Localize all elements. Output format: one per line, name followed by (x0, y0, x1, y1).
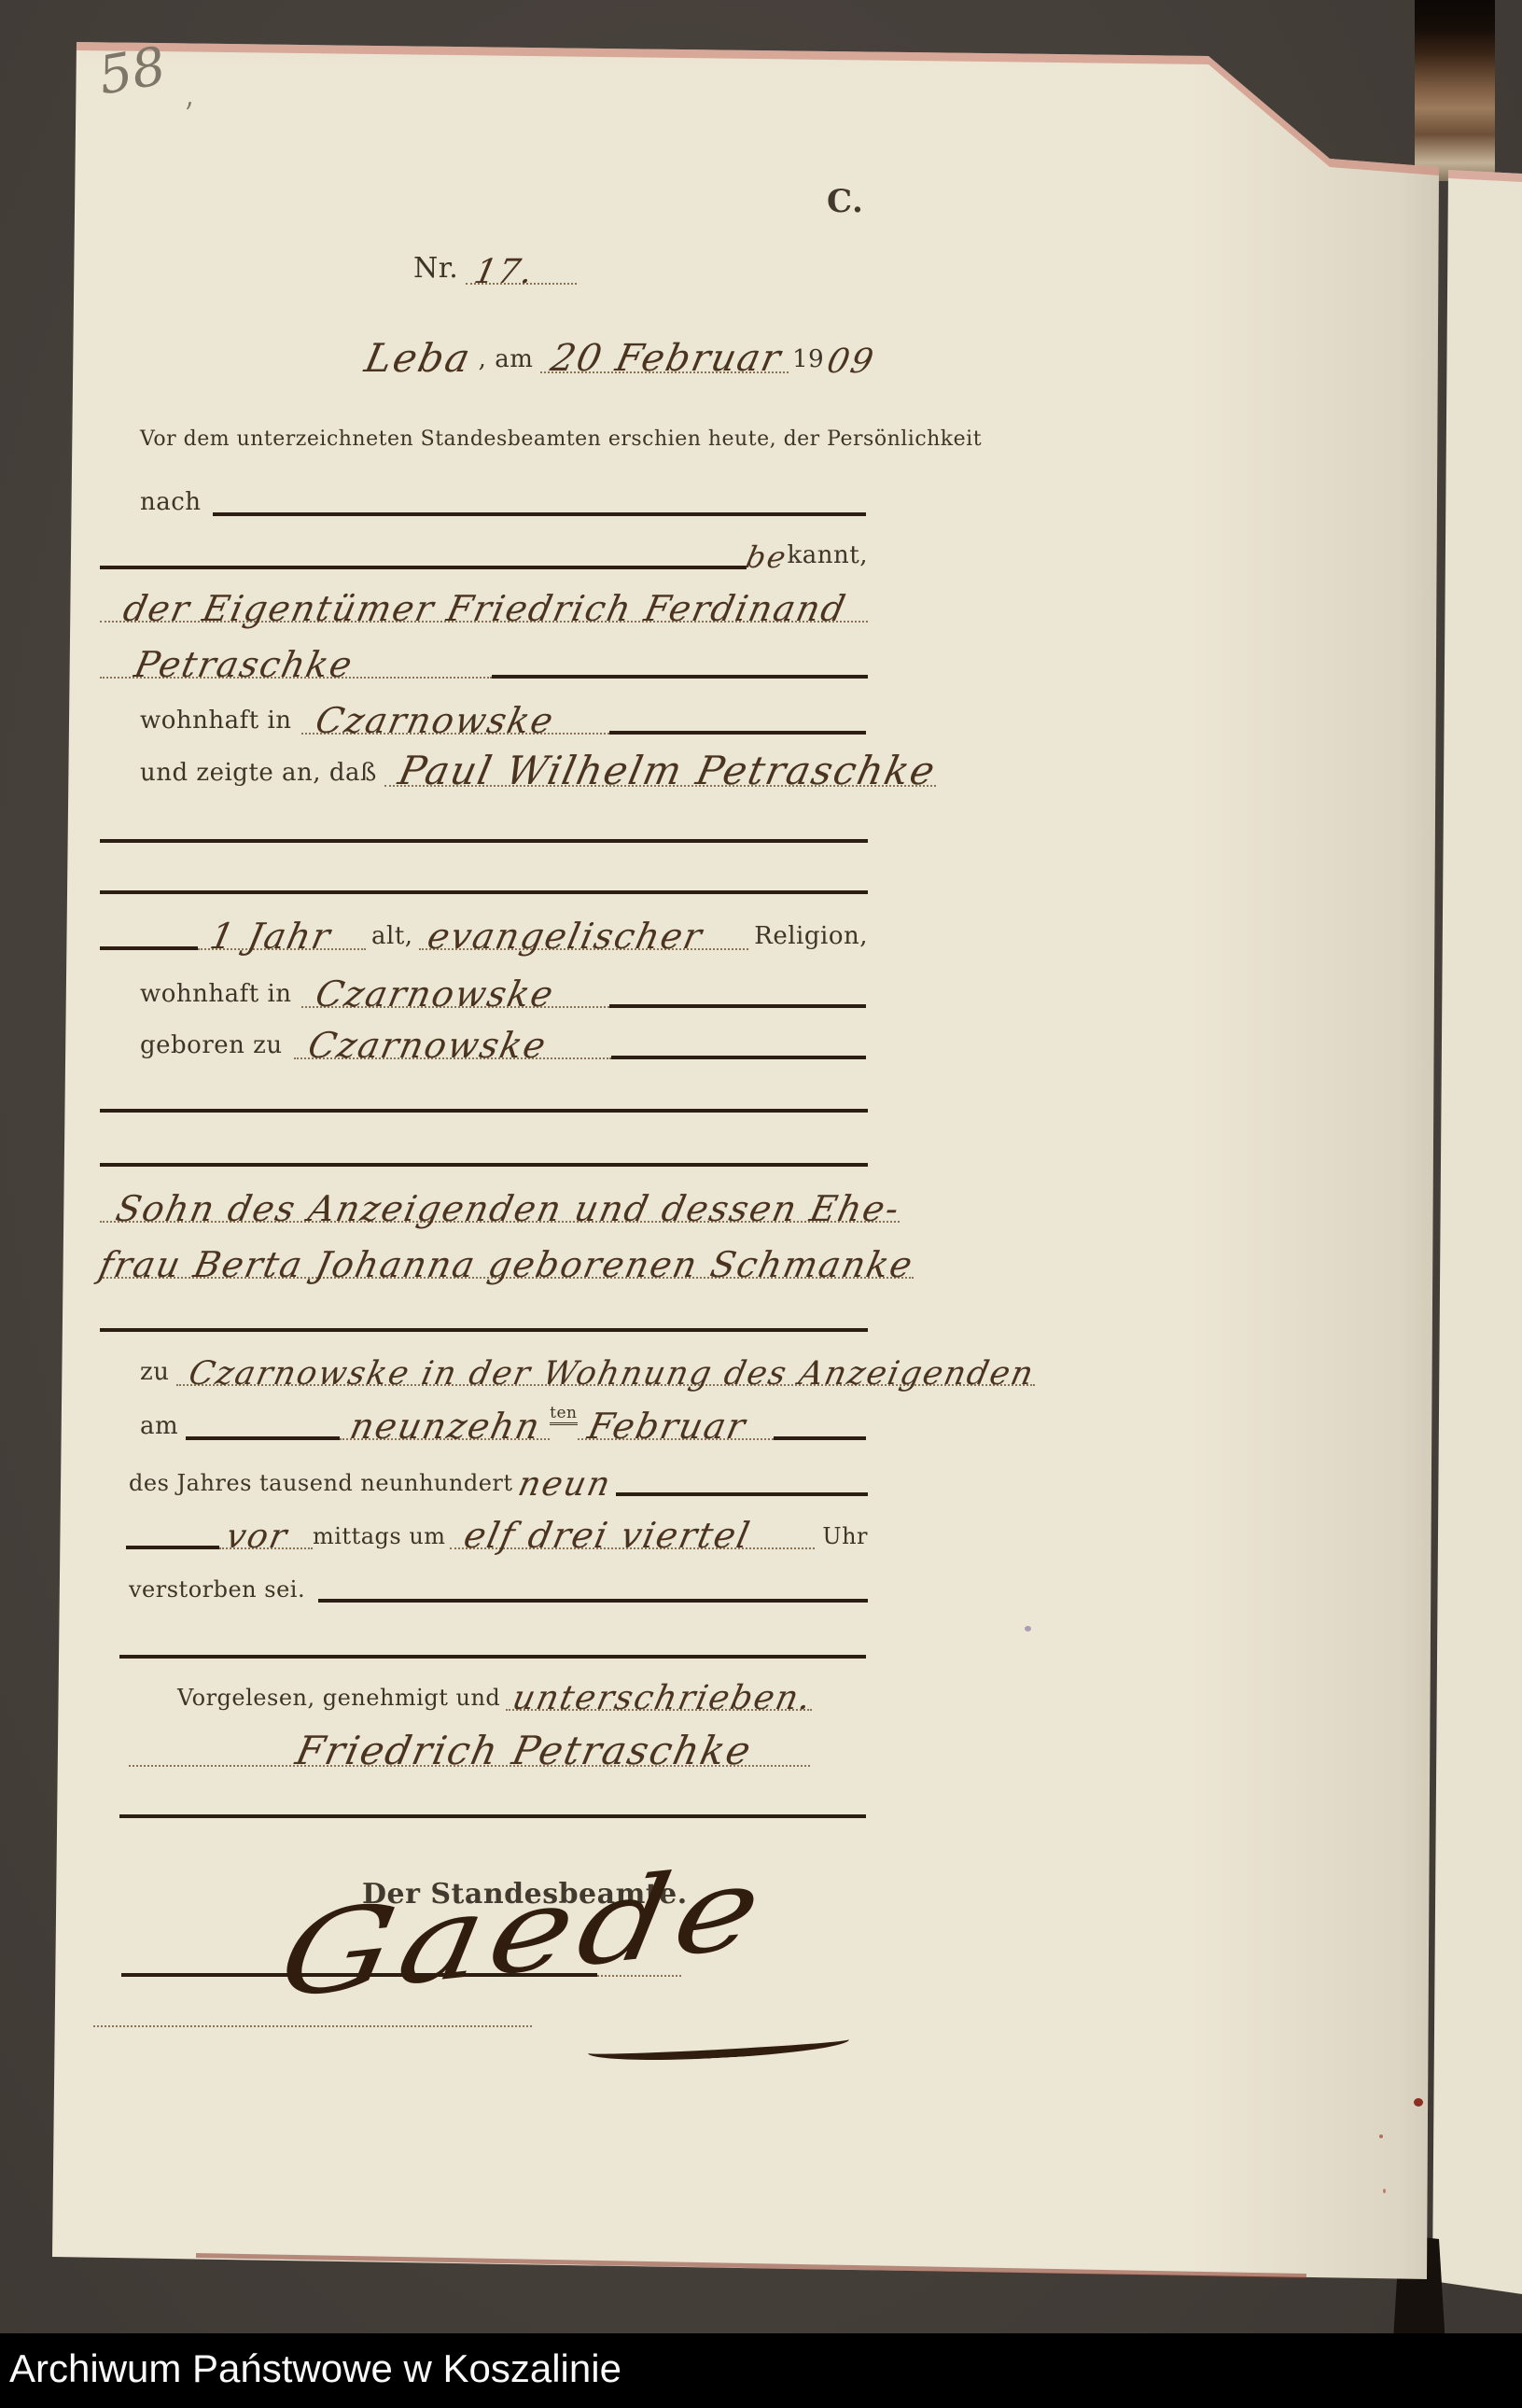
jahr-label: des Jahres tausend neunhundert (129, 1470, 513, 1496)
parents-line1: Sohn des Anzeigenden und dessen Ehe- (100, 1177, 868, 1223)
parents-line2: frau Berta Johanna geborenen Schmanke (100, 1233, 868, 1279)
archive-caption: Archiwum Państwowe w Koszalinie (9, 2346, 621, 2391)
vor-handwritten: vor (216, 1518, 292, 1556)
death-year-value: neun (514, 1465, 615, 1504)
residence1-value: Czarnowske (297, 700, 558, 741)
red-speck (1383, 2189, 1386, 2193)
parents-text2: frau Berta Johanna geborenen Schmanke (95, 1244, 917, 1285)
year-printed: 19 (792, 345, 824, 373)
blank-rule (774, 1436, 867, 1440)
blank-line (100, 1067, 868, 1113)
death-month-value: Februar (573, 1406, 750, 1447)
death-year-line: des Jahres tausend neunhundert neun (129, 1450, 868, 1496)
red-stain (1414, 2098, 1423, 2107)
blank-rule (609, 1004, 866, 1008)
blank-rule (126, 1546, 219, 1549)
blank-line (100, 797, 868, 843)
record-number-line: Nr. 17. (413, 239, 577, 285)
blank-rule (616, 1492, 868, 1496)
pencil-tick: , (179, 79, 196, 113)
birthplace-line: geboren zu Czarnowske (140, 1014, 866, 1059)
blank-rule (100, 839, 868, 843)
zeigte-label: und zeigte an, daß (140, 759, 377, 787)
place-value: Leba (361, 335, 476, 381)
blank-rule (100, 1163, 868, 1167)
blank-rule (100, 566, 747, 569)
wohnhaft1-label: wohnhaft in (140, 707, 292, 735)
death-day-line: am neunzehn ten Februar (140, 1394, 866, 1440)
blank-rule (492, 675, 868, 679)
residence-line1: wohnhaft in Czarnowske (140, 689, 866, 735)
year-handwritten: 09 (824, 343, 879, 381)
signature-flourish (588, 2028, 850, 2065)
bekannt-handwritten: be (743, 539, 790, 575)
place-date-line: Leba , am 20 Februar 19 09 (366, 328, 874, 373)
verstorben-label: verstorben sei. (129, 1576, 305, 1603)
declarant-signature-line: Friedrich Petraschke (129, 1721, 810, 1767)
residence2-value: Czarnowske (297, 973, 558, 1015)
am2-label: am (140, 1412, 178, 1440)
closing-printed: Vorgelesen, genehmigt und (177, 1685, 500, 1711)
closing-line: Vorgelesen, genehmigt und unterschrieben… (177, 1665, 737, 1711)
declarant-line2: Petraschke (100, 633, 868, 679)
declarant-line1: der Eigentümer Friedrich Ferdinand (100, 577, 868, 623)
deceased-name-line: und zeigte an, daß Paul Wilhelm Petrasch… (140, 741, 866, 787)
nach-line: nach (140, 470, 866, 516)
book-clasp-strap (1415, 0, 1495, 181)
alt-label: alt, (371, 922, 413, 950)
religion-label: Religion, (754, 922, 868, 950)
death-place-value: Czarnowske in der Wohnung des Anzeigende… (173, 1355, 1039, 1393)
deceased-name-value: Paul Wilhelm Petraschke (380, 748, 941, 793)
declarant-signature: Friedrich Petraschke (124, 1728, 757, 1773)
uhr-label: Uhr (822, 1523, 868, 1549)
blank-rule (119, 1655, 866, 1659)
blank-line (100, 1286, 868, 1332)
age-value: 1 Jahr (193, 916, 335, 957)
death-time-value: elf drei viertel (445, 1515, 755, 1556)
geboren-label: geboren zu (140, 1031, 283, 1059)
zu-label: zu (140, 1358, 169, 1386)
verstorben-line: verstorben sei. (129, 1557, 868, 1603)
closing-handwritten: unterschrieben. (502, 1679, 817, 1717)
blank-rule (100, 946, 198, 950)
death-place-line: zu Czarnowske in der Wohnung des Anzeige… (140, 1340, 866, 1386)
blank-line (119, 1613, 866, 1659)
parents-text1: Sohn des Anzeigenden und dessen Ehe- (95, 1188, 904, 1229)
birthplace-value: Czarnowske (289, 1025, 551, 1066)
ten-suffix: ten (550, 1404, 577, 1425)
blank-rule (100, 1328, 868, 1332)
death-day-value: neunzehn (335, 1406, 545, 1447)
blank-rule (119, 1814, 866, 1818)
nach-label: nach (140, 488, 202, 516)
pencil-page-number: 58 (94, 35, 170, 106)
blank-line (119, 1772, 866, 1818)
red-speck (1379, 2135, 1383, 2138)
blank-rule (186, 1436, 340, 1440)
blank-line (100, 1121, 868, 1167)
declarant-text2: Petraschke (95, 644, 357, 685)
residence-line2: wohnhaft in Czarnowske (140, 962, 866, 1008)
am-label: , am (479, 345, 534, 373)
wohnhaft2-label: wohnhaft in (140, 980, 292, 1008)
religion-value: evangelischer (414, 916, 706, 957)
archive-caption-bar: Archiwum Państwowe w Koszalinie (0, 2333, 1522, 2408)
age-religion-line: 1 Jahr alt, evangelischer Religion, (100, 904, 868, 950)
blank-rule (318, 1599, 868, 1603)
scanned-death-record-photo: 58 , C. Nr. 17. Leba , am 20 Februar 19 … (0, 0, 1522, 2408)
blank-rule (609, 731, 866, 735)
bekannt-printed: kannt, (788, 541, 868, 569)
record-number-value: 17. (462, 253, 538, 291)
intro-line: Vor dem unterzeichneten Standesbeamten e… (140, 427, 866, 451)
nr-label: Nr. (413, 252, 458, 285)
section-letter: C. (827, 183, 863, 220)
blank-line (100, 848, 868, 894)
official-signature: Gaede (271, 1841, 777, 2024)
blank-rule (100, 1109, 868, 1113)
date-value: 20 Februar (536, 337, 786, 380)
declarant-text1: der Eigentümer Friedrich Ferdinand (95, 588, 850, 629)
blank-rule (611, 1056, 866, 1059)
dotted-rule (93, 2025, 532, 2027)
blank-rule (100, 890, 868, 894)
death-time-line: vor mittags um elf drei viertel Uhr (126, 1504, 868, 1549)
mittags-label: mittags um (313, 1523, 446, 1549)
blank-rule (213, 512, 866, 516)
bekannt-line: be kannt, (100, 524, 868, 569)
violet-speck (1025, 1626, 1031, 1631)
